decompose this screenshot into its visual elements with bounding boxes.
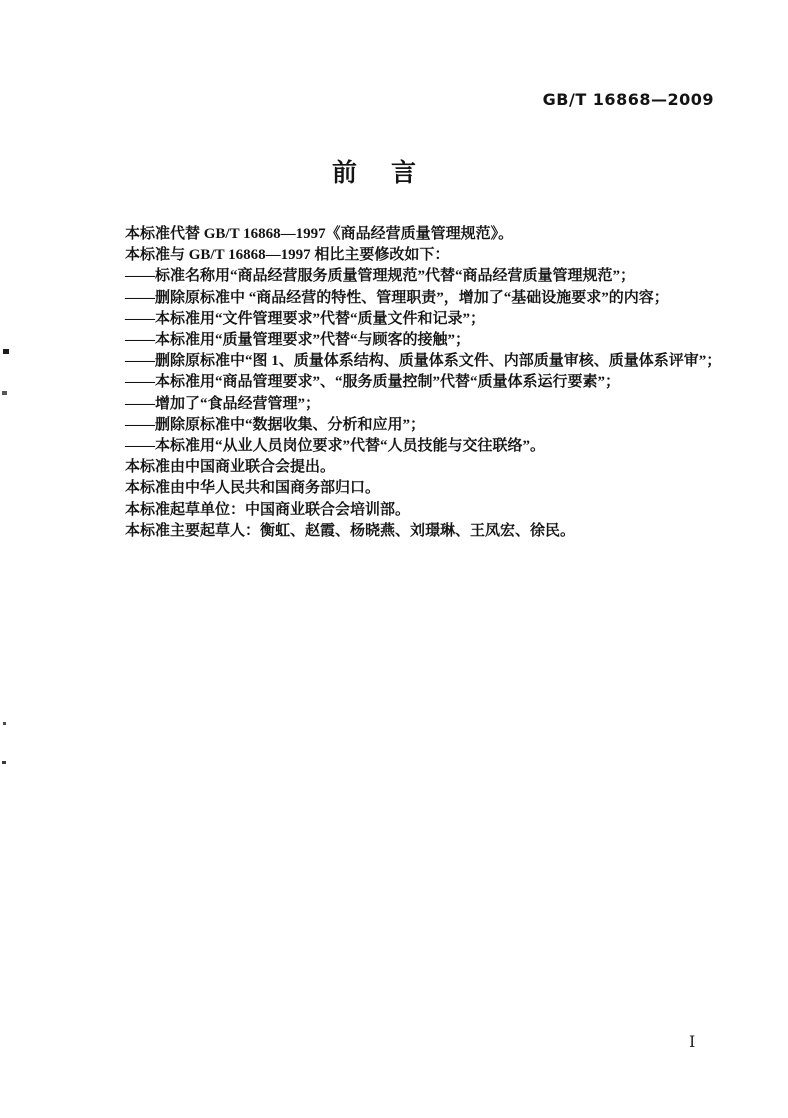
paragraph-line: 本标准与 GB/T 16868—1997 相比主要修改如下：	[125, 245, 685, 266]
paragraph-line: ——删除原标准中“图 1、质量体系结构、质量体系文件、内部质量审核、质量体系评审…	[125, 351, 685, 372]
paragraph-line: 本标准主要起草人：衡虹、赵霞、杨晓燕、刘璟琳、王凤宏、徐民。	[125, 521, 685, 542]
page-title: 前 言	[0, 153, 748, 189]
paragraph-line: ——本标准用“从业人员岗位要求”代替“人员技能与交往联络”。	[125, 436, 685, 457]
scan-speck	[3, 349, 9, 354]
page-title-char: 前	[332, 153, 357, 189]
paragraph-line: ——删除原标准中“数据收集、分析和应用”；	[125, 415, 685, 436]
paragraph-line: ——标准名称用“商品经营服务质量管理规范”代替“商品经营质量管理规范”；	[125, 266, 685, 287]
page-title-char: 言	[391, 153, 416, 189]
scan-speck	[2, 761, 6, 764]
paragraph-line: 本标准由中华人民共和国商务部归口。	[125, 478, 685, 499]
standard-code: GB/T 16868—2009	[543, 90, 714, 109]
paragraph-line: ——本标准用“质量管理要求”代替“与顾客的接触”；	[125, 330, 685, 351]
document-page: GB/T 16868—2009 前 言 本标准代替 GB/T 16868—199…	[0, 0, 788, 1118]
paragraph-line: ——本标准用“商品管理要求”、“服务质量控制”代替“质量体系运行要素”；	[125, 372, 685, 393]
paragraph-line: ——增加了“食品经营管理”；	[125, 394, 685, 415]
paragraph-line: 本标准起草单位：中国商业联合会培训部。	[125, 500, 685, 521]
scan-speck	[2, 391, 7, 395]
paragraph-line: 本标准由中国商业联合会提出。	[125, 457, 685, 478]
paragraph-line: 本标准代替 GB/T 16868—1997《商品经营质量管理规范》。	[125, 224, 685, 245]
page-number: I	[689, 1032, 695, 1051]
scan-speck	[3, 722, 6, 725]
paragraph-line: ——本标准用“文件管理要求”代替“质量文件和记录”；	[125, 309, 685, 330]
paragraph-line: ——删除原标准中 “商品经营的特性、管理职责”，增加了“基础设施要求”的内容；	[125, 288, 685, 309]
foreword-body: 本标准代替 GB/T 16868—1997《商品经营质量管理规范》。 本标准与 …	[125, 224, 685, 542]
